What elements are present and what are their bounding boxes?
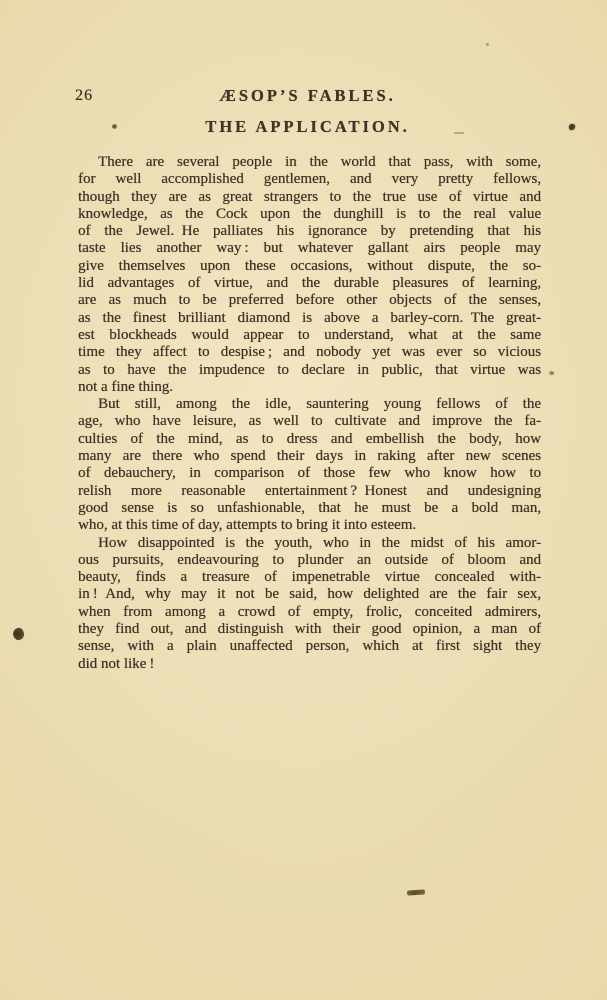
text-line: relish more reasonable entertainment ? H… bbox=[78, 483, 541, 500]
text-line: of the Jewel. He palliates his ignorance… bbox=[78, 223, 541, 240]
page-number: 26 bbox=[75, 87, 93, 105]
text-line: of debauchery, in comparison of those fe… bbox=[78, 465, 541, 482]
text-line: est blockheads would appear to understan… bbox=[78, 327, 541, 344]
ink-speck bbox=[569, 124, 575, 130]
text-line: as to have the impudence to declare in p… bbox=[78, 362, 541, 379]
text-line: though they are as great strangers to th… bbox=[78, 189, 541, 206]
text-line: lid advantages of virtue, and the durabl… bbox=[78, 275, 541, 292]
text-line: But still, among the idle, sauntering yo… bbox=[78, 396, 541, 413]
text-line: knowledge, as the Cock upon the dunghill… bbox=[78, 206, 541, 223]
text-line: sense, with a plain unaffected person, w… bbox=[78, 638, 541, 655]
text-line: in ! And, why may it not be said, how de… bbox=[78, 586, 541, 603]
text-line: not a fine thing. bbox=[78, 379, 541, 396]
text-line: who, at this time of day, attempts to br… bbox=[78, 517, 541, 534]
text-line: culties of the mind, as to dress and emb… bbox=[78, 431, 541, 448]
ink-speck bbox=[551, 372, 554, 375]
page-text: There are several people in the world th… bbox=[78, 154, 541, 673]
ink-speck bbox=[486, 43, 489, 46]
running-title: ÆSOP’S FABLES. bbox=[74, 86, 541, 106]
book-page: 26 ÆSOP’S FABLES. THE APPLICATION. There… bbox=[0, 0, 607, 1000]
ink-speck bbox=[549, 371, 554, 375]
text-line: taste lies another way : but whatever ga… bbox=[78, 240, 541, 257]
text-line: for well accomplished gentlemen, and ver… bbox=[78, 171, 541, 188]
text-line: good sense is so unfashionable, that he … bbox=[78, 500, 541, 517]
text-line: beauty, finds a treasure of impenetrable… bbox=[78, 569, 541, 586]
text-line: they find out, and distinguish with thei… bbox=[78, 621, 541, 638]
ink-speck bbox=[11, 626, 25, 641]
text-line: time they affect to despise ; and nobody… bbox=[78, 344, 541, 361]
text-line: ous pursuits, endeavouring to plunder an… bbox=[78, 552, 541, 569]
text-line: as the finest brilliant diamond is above… bbox=[78, 310, 541, 327]
text-line: are as much to be preferred before other… bbox=[78, 292, 541, 309]
text-line: did not like ! bbox=[78, 656, 541, 673]
text-line: age, who have leisure, as well to cultiv… bbox=[78, 413, 541, 430]
text-line: many are there who spend their days in r… bbox=[78, 448, 541, 465]
text-line: when from among a crowd of empty, frolic… bbox=[78, 604, 541, 621]
ink-speck bbox=[407, 889, 425, 895]
section-title: THE APPLICATION. bbox=[74, 117, 541, 137]
text-line: There are several people in the world th… bbox=[78, 154, 541, 171]
text-line: give themselves upon these occasions, wi… bbox=[78, 258, 541, 275]
text-line: How disappointed is the youth, who in th… bbox=[78, 535, 541, 552]
page-header: 26 ÆSOP’S FABLES. bbox=[74, 86, 541, 108]
